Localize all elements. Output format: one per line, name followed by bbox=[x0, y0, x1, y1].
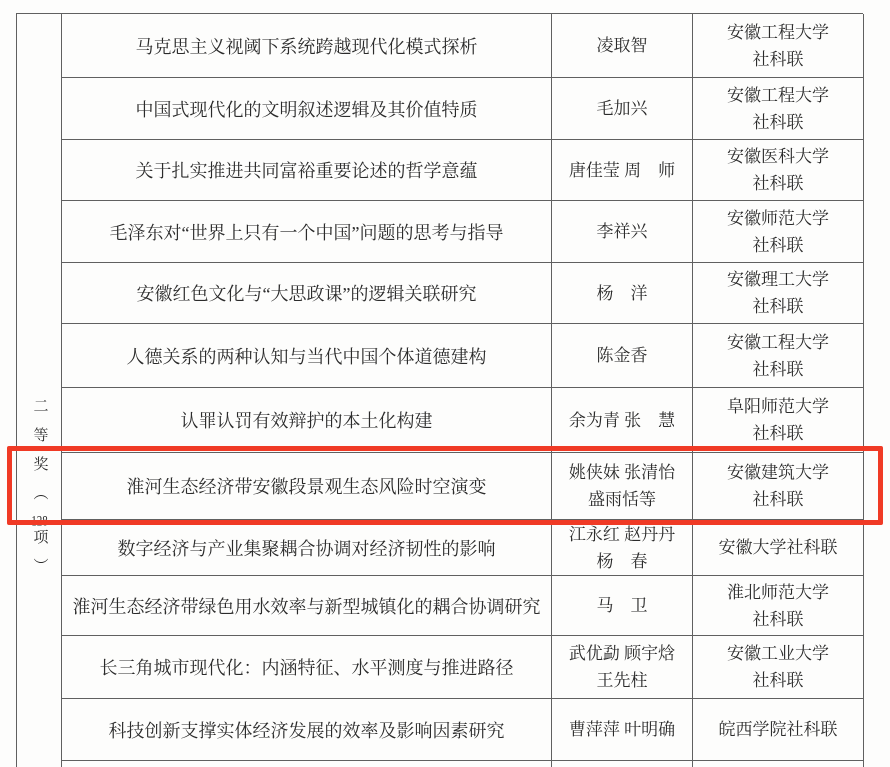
author-line: 杨 春 bbox=[597, 548, 648, 575]
project-title: 淮河生态经济带安徽段景观生态风险时空演变 bbox=[127, 473, 487, 499]
author-line: 毛加兴 bbox=[597, 95, 648, 122]
org-line: 安徽工程大学 bbox=[727, 329, 829, 356]
table-row-authors: 马 卫 bbox=[552, 576, 693, 636]
table-row-title-highlighted: 淮河生态经济带安徽段景观生态风险时空演变 bbox=[62, 453, 552, 520]
table-row-title: 长三角城市现代化：内涵特征、水平测度与推进路径 bbox=[62, 636, 552, 699]
author-line: 曹萍萍 叶明确 bbox=[569, 716, 675, 743]
category-cell: 二等奖（128项） bbox=[17, 14, 62, 767]
author-line: 王先柱 bbox=[597, 667, 648, 694]
org-line: 社科联 bbox=[753, 667, 804, 694]
org-line: 社科联 bbox=[753, 109, 804, 136]
table-row-org: 皖西学院社科联 bbox=[693, 699, 864, 761]
table-row-title: 中国式现代化的文明叙述逻辑及其价值特质 bbox=[62, 78, 552, 140]
org-line: 安徽工程大学 bbox=[727, 82, 829, 109]
project-title: 毛泽东对“世界上只有一个中国”问题的思考与指导 bbox=[110, 219, 504, 245]
table-row-partial bbox=[62, 761, 552, 767]
author-line: 武优勐 顾宇焓 bbox=[569, 640, 675, 667]
org-line: 社科联 bbox=[753, 232, 804, 259]
category-count: 128 bbox=[32, 514, 48, 529]
project-title: 安徽红色文化与“大思政课”的逻辑关联研究 bbox=[137, 280, 477, 306]
table-row-org: 安徽工程大学社科联 bbox=[693, 14, 864, 78]
org-line: 安徽理工大学 bbox=[727, 266, 829, 293]
table-row-authors: 江永红 赵丹丹杨 春 bbox=[552, 520, 693, 576]
table-row-authors: 李祥兴 bbox=[552, 201, 693, 263]
org-line: 社科联 bbox=[753, 293, 804, 320]
award-table: 二等奖（128项） 马克思主义视阈下系统跨越现代化模式探析 凌取智 安徽工程大学… bbox=[16, 13, 863, 767]
project-title: 关于扎实推进共同富裕重要论述的哲学意蕴 bbox=[136, 157, 478, 183]
table-row-org-highlighted: 安徽建筑大学社科联 bbox=[693, 453, 864, 520]
org-line: 安徽工程大学 bbox=[727, 19, 829, 46]
author-line: 江永红 赵丹丹 bbox=[569, 521, 675, 548]
scanned-award-document: { "category": { "prefix": "二等奖（", "count… bbox=[0, 0, 890, 767]
project-title: 科技创新支撑实体经济发展的效率及影响因素研究 bbox=[109, 717, 505, 743]
table-row-authors: 凌取智 bbox=[552, 14, 693, 78]
table-row-authors: 唐佳莹 周 师 bbox=[552, 140, 693, 201]
table-row-partial bbox=[693, 761, 864, 767]
author-line: 陈金香 bbox=[597, 342, 648, 369]
category-prefix: 二等奖（ bbox=[32, 398, 48, 514]
table-row-org: 安徽工程大学社科联 bbox=[693, 324, 864, 388]
table-row-title: 科技创新支撑实体经济发展的效率及影响因素研究 bbox=[62, 699, 552, 761]
table-row-org: 阜阳师范大学社科联 bbox=[693, 388, 864, 453]
table-row-org: 安徽工业大学社科联 bbox=[693, 636, 864, 699]
author-line: 姚侠妹 张清怡 bbox=[569, 459, 675, 486]
table-row-title: 淮河生态经济带绿色用水效率与新型城镇化的耦合协调研究 bbox=[62, 576, 552, 636]
table-row-authors-highlighted: 姚侠妹 张清怡盛雨恬等 bbox=[552, 453, 693, 520]
table-row-title: 数字经济与产业集聚耦合协调对经济韧性的影响 bbox=[62, 520, 552, 576]
project-title: 中国式现代化的文明叙述逻辑及其价值特质 bbox=[136, 96, 478, 122]
table-row-org: 安徽大学社科联 bbox=[693, 520, 864, 576]
project-title: 淮河生态经济带绿色用水效率与新型城镇化的耦合协调研究 bbox=[73, 593, 541, 619]
table-row-title: 人德关系的两种认知与当代中国个体道德建构 bbox=[62, 324, 552, 388]
table-row-authors: 余为青 张 慧 bbox=[552, 388, 693, 453]
org-line: 社科联 bbox=[753, 606, 804, 633]
project-title: 数字经济与产业集聚耦合协调对经济韧性的影响 bbox=[118, 535, 496, 561]
category-suffix: 项） bbox=[32, 529, 48, 587]
org-line: 安徽医科大学 bbox=[727, 143, 829, 170]
table-row-authors: 毛加兴 bbox=[552, 78, 693, 140]
org-line: 社科联 bbox=[753, 356, 804, 383]
org-line: 淮北师范大学 bbox=[727, 579, 829, 606]
table-row-title: 认罪认罚有效辩护的本土化构建 bbox=[62, 388, 552, 453]
table-row-org: 安徽理工大学社科联 bbox=[693, 263, 864, 324]
table-row-title: 毛泽东对“世界上只有一个中国”问题的思考与指导 bbox=[62, 201, 552, 263]
table-row-authors: 陈金香 bbox=[552, 324, 693, 388]
author-line: 凌取智 bbox=[597, 32, 648, 59]
project-title: 人德关系的两种认知与当代中国个体道德建构 bbox=[127, 343, 487, 369]
project-title: 认罪认罚有效辩护的本土化构建 bbox=[181, 407, 433, 433]
author-line: 杨 洋 bbox=[597, 280, 648, 307]
table-row-authors: 曹萍萍 叶明确 bbox=[552, 699, 693, 761]
org-line: 社科联 bbox=[753, 170, 804, 197]
org-line: 安徽工业大学 bbox=[727, 640, 829, 667]
org-line: 社科联 bbox=[753, 420, 804, 447]
table-row-title: 关于扎实推进共同富裕重要论述的哲学意蕴 bbox=[62, 140, 552, 201]
org-line: 阜阳师范大学 bbox=[727, 393, 829, 420]
org-line: 社科联 bbox=[753, 46, 804, 73]
table-row-authors: 武优勐 顾宇焓王先柱 bbox=[552, 636, 693, 699]
org-line: 安徽师范大学 bbox=[727, 205, 829, 232]
author-line: 李祥兴 bbox=[597, 218, 648, 245]
org-line: 社科联 bbox=[753, 486, 804, 513]
author-line: 盛雨恬等 bbox=[588, 486, 656, 513]
table-row-title: 安徽红色文化与“大思政课”的逻辑关联研究 bbox=[62, 263, 552, 324]
table-row-title: 马克思主义视阈下系统跨越现代化模式探析 bbox=[62, 14, 552, 78]
category-label: 二等奖（128项） bbox=[32, 398, 47, 587]
org-line: 安徽大学社科联 bbox=[719, 534, 838, 561]
author-line: 唐佳莹 周 师 bbox=[569, 157, 675, 184]
table-row-authors: 杨 洋 bbox=[552, 263, 693, 324]
project-title: 马克思主义视阈下系统跨越现代化模式探析 bbox=[136, 33, 478, 59]
author-line: 余为青 张 慧 bbox=[569, 407, 675, 434]
org-line: 安徽建筑大学 bbox=[727, 459, 829, 486]
author-line: 马 卫 bbox=[597, 592, 648, 619]
table-row-partial bbox=[552, 761, 693, 767]
project-title: 长三角城市现代化：内涵特征、水平测度与推进路径 bbox=[100, 654, 514, 680]
table-row-org: 安徽医科大学社科联 bbox=[693, 140, 864, 201]
table-row-org: 安徽工程大学社科联 bbox=[693, 78, 864, 140]
table-row-org: 安徽师范大学社科联 bbox=[693, 201, 864, 263]
table-row-org: 淮北师范大学社科联 bbox=[693, 576, 864, 636]
org-line: 皖西学院社科联 bbox=[719, 716, 838, 743]
